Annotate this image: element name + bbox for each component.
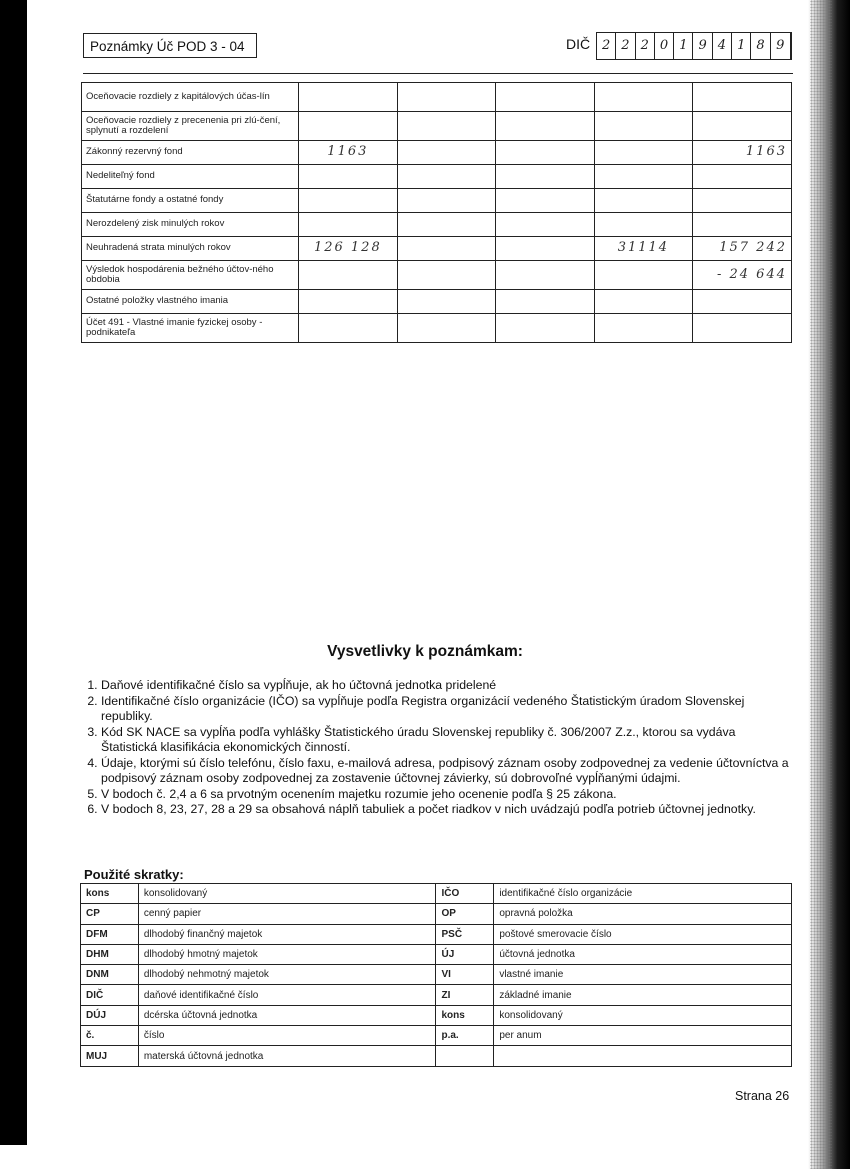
abbreviation-code: DNM (81, 965, 139, 985)
explanation-item: Údaje, ktorými sú číslo telefónu, číslo … (101, 756, 794, 787)
value-cell: - 24 644 (693, 261, 792, 290)
abbreviation-meaning: per anum (494, 1026, 792, 1046)
table-row: Účet 491 - Vlastné imanie fyzickej osoby… (82, 314, 792, 343)
equity-table: Oceňovacie rozdiely z kapitálových účas-… (81, 82, 792, 343)
row-label: Účet 491 - Vlastné imanie fyzickej osoby… (82, 314, 299, 343)
abbreviation-code: PSČ (436, 924, 494, 944)
value-cell (496, 189, 594, 213)
value-cell (299, 213, 398, 237)
row-label: Oceňovacie rozdiely z precenenia pri zlú… (82, 112, 299, 141)
dic-field: 2 2 2 0 1 9 4 1 8 9 (596, 32, 792, 60)
abbreviation-code: ZI (436, 985, 494, 1005)
abbreviation-code: DIČ (81, 985, 139, 1005)
abbreviation-meaning: konsolidovaný (494, 1005, 792, 1025)
header-divider (83, 73, 793, 74)
row-label: Štatutárne fondy a ostatné fondy (82, 189, 299, 213)
abbreviation-code: CP (81, 904, 139, 924)
value-cell: 157 242 (693, 237, 792, 261)
value-cell (397, 112, 495, 141)
value-cell (397, 237, 495, 261)
value-cell (693, 189, 792, 213)
value-cell (594, 112, 693, 141)
abbreviation-meaning: konsolidovaný (138, 884, 436, 904)
abbreviation-code: DFM (81, 924, 139, 944)
value-cell: 1163 (693, 141, 792, 165)
table-row: konskonsolidovanýIČOidentifikačné číslo … (81, 884, 792, 904)
value-cell (594, 261, 693, 290)
abbreviation-meaning: poštové smerovacie číslo (494, 924, 792, 944)
table-row: č.číslop.a.per anum (81, 1026, 792, 1046)
value-cell (397, 314, 495, 343)
value-cell: 126 128 (299, 237, 398, 261)
abbreviation-meaning: dlhodobý hmotný majetok (138, 944, 436, 964)
abbreviation-meaning: opravná položka (494, 904, 792, 924)
value-cell (594, 165, 693, 189)
abbreviation-code: ÚJ (436, 944, 494, 964)
abbreviation-meaning: cenný papier (138, 904, 436, 924)
scan-noise (810, 0, 832, 1169)
explanation-item: Identifikačné číslo organizácie (IČO) sa… (101, 694, 794, 725)
table-row: MUJmaterská účtovná jednotka (81, 1046, 792, 1066)
dic-digit: 2 (597, 33, 616, 59)
value-cell (299, 261, 398, 290)
table-row: Oceňovacie rozdiely z precenenia pri zlú… (82, 112, 792, 141)
table-row: Neuhradená strata minulých rokov126 1283… (82, 237, 792, 261)
dic-digit: 4 (713, 33, 732, 59)
abbreviation-meaning: číslo (138, 1026, 436, 1046)
value-cell (299, 165, 398, 189)
table-row: Oceňovacie rozdiely z kapitálových účas-… (82, 83, 792, 112)
row-label: Neuhradená strata minulých rokov (82, 237, 299, 261)
value-cell (594, 290, 693, 314)
abbreviation-code: p.a. (436, 1026, 494, 1046)
abbreviation-meaning: daňové identifikačné číslo (138, 985, 436, 1005)
value-cell (299, 112, 398, 141)
value-cell (397, 213, 495, 237)
value-cell (299, 189, 398, 213)
dic-digit: 9 (693, 33, 712, 59)
abbreviations-table: konskonsolidovanýIČOidentifikačné číslo … (80, 883, 792, 1067)
abbreviation-meaning (494, 1046, 792, 1066)
abbreviation-meaning: identifikačné číslo organizácie (494, 884, 792, 904)
dic-digit: 1 (674, 33, 693, 59)
table-row: Štatutárne fondy a ostatné fondy (82, 189, 792, 213)
dic-digit: 8 (751, 33, 770, 59)
dic-digit: 2 (636, 33, 655, 59)
value-cell (693, 83, 792, 112)
table-row: Ostatné položky vlastného imania (82, 290, 792, 314)
value-cell (496, 261, 594, 290)
dic-digit: 1 (732, 33, 751, 59)
table-row: DHMdlhodobý hmotný majetokÚJúčtovná jedn… (81, 944, 792, 964)
abbreviation-code: VI (436, 965, 494, 985)
value-cell (397, 290, 495, 314)
explanations-title: Vysvetlivky k poznámkam: (0, 643, 850, 661)
value-cell (496, 112, 594, 141)
abbreviation-meaning: dlhodobý nehmotný majetok (138, 965, 436, 985)
table-row: DIČdaňové identifikačné čísloZIzákladné … (81, 985, 792, 1005)
value-cell (397, 189, 495, 213)
abbreviation-code: kons (81, 884, 139, 904)
value-cell (693, 290, 792, 314)
scan-left-border (0, 0, 27, 1145)
table-row: DFMdlhodobý finančný majetokPSČpoštové s… (81, 924, 792, 944)
page-number: Strana 26 (735, 1089, 789, 1103)
abbreviation-code: DÚJ (81, 1005, 139, 1025)
value-cell (397, 141, 495, 165)
explanations-list: Daňové identifikačné číslo sa vypĺňuje, … (82, 678, 794, 818)
abbreviation-meaning: základné imanie (494, 985, 792, 1005)
value-cell (693, 112, 792, 141)
value-cell (299, 314, 398, 343)
value-cell (594, 141, 693, 165)
value-cell (496, 314, 594, 343)
abbreviation-meaning: materská účtovná jednotka (138, 1046, 436, 1066)
value-cell (496, 213, 594, 237)
table-row: Zákonný rezervný fond11631163 (82, 141, 792, 165)
row-label: Nerozdelený zisk minulých rokov (82, 213, 299, 237)
explanation-item: Daňové identifikačné číslo sa vypĺňuje, … (101, 678, 794, 694)
value-cell (299, 290, 398, 314)
abbreviation-code: č. (81, 1026, 139, 1046)
row-label: Ostatné položky vlastného imania (82, 290, 299, 314)
value-cell (496, 83, 594, 112)
table-row: Nerozdelený zisk minulých rokov (82, 213, 792, 237)
table-row: Výsledok hospodárenia bežného účtov-ného… (82, 261, 792, 290)
explanation-item: V bodoch 8, 23, 27, 28 a 29 sa obsahová … (101, 802, 794, 818)
value-cell (693, 165, 792, 189)
value-cell (693, 213, 792, 237)
value-cell (594, 83, 693, 112)
table-row: CPcenný papierOPopravná položka (81, 904, 792, 924)
dic-digit: 2 (616, 33, 635, 59)
dic-digit: 9 (771, 33, 790, 59)
row-label: Nedeliteľný fond (82, 165, 299, 189)
value-cell (496, 141, 594, 165)
abbreviation-code: IČO (436, 884, 494, 904)
explanation-item: V bodoch č. 2,4 a 6 sa prvotným ocenením… (101, 787, 794, 803)
value-cell (397, 165, 495, 189)
abbreviation-code: kons (436, 1005, 494, 1025)
abbreviation-code: OP (436, 904, 494, 924)
value-cell (299, 83, 398, 112)
abbreviation-meaning: dcérska účtovná jednotka (138, 1005, 436, 1025)
value-cell (594, 213, 693, 237)
abbreviation-meaning: dlhodobý finančný majetok (138, 924, 436, 944)
value-cell: 31114 (594, 237, 693, 261)
table-row: Nedeliteľný fond (82, 165, 792, 189)
row-label: Zákonný rezervný fond (82, 141, 299, 165)
value-cell (693, 314, 792, 343)
row-label: Oceňovacie rozdiely z kapitálových účas-… (82, 83, 299, 112)
value-cell (594, 189, 693, 213)
value-cell (594, 314, 693, 343)
value-cell (496, 290, 594, 314)
value-cell (496, 237, 594, 261)
abbreviation-code (436, 1046, 494, 1066)
value-cell: 1163 (299, 141, 398, 165)
value-cell (496, 165, 594, 189)
explanation-item: Kód SK NACE sa vypĺňa podľa vyhlášky Šta… (101, 725, 794, 756)
abbreviation-meaning: účtovná jednotka (494, 944, 792, 964)
abbreviation-code: MUJ (81, 1046, 139, 1066)
abbreviation-meaning: vlastné imanie (494, 965, 792, 985)
form-title: Poznámky Úč POD 3 - 04 (83, 33, 257, 58)
abbreviation-code: DHM (81, 944, 139, 964)
value-cell (397, 83, 495, 112)
dic-label: DIČ (566, 36, 590, 52)
table-row: DNMdlhodobý nehmotný majetokVIvlastné im… (81, 965, 792, 985)
abbreviations-title: Použité skratky: (84, 867, 184, 882)
row-label: Výsledok hospodárenia bežného účtov-ného… (82, 261, 299, 290)
dic-digit: 0 (655, 33, 674, 59)
table-row: DÚJdcérska účtovná jednotkakonskonsolido… (81, 1005, 792, 1025)
value-cell (397, 261, 495, 290)
